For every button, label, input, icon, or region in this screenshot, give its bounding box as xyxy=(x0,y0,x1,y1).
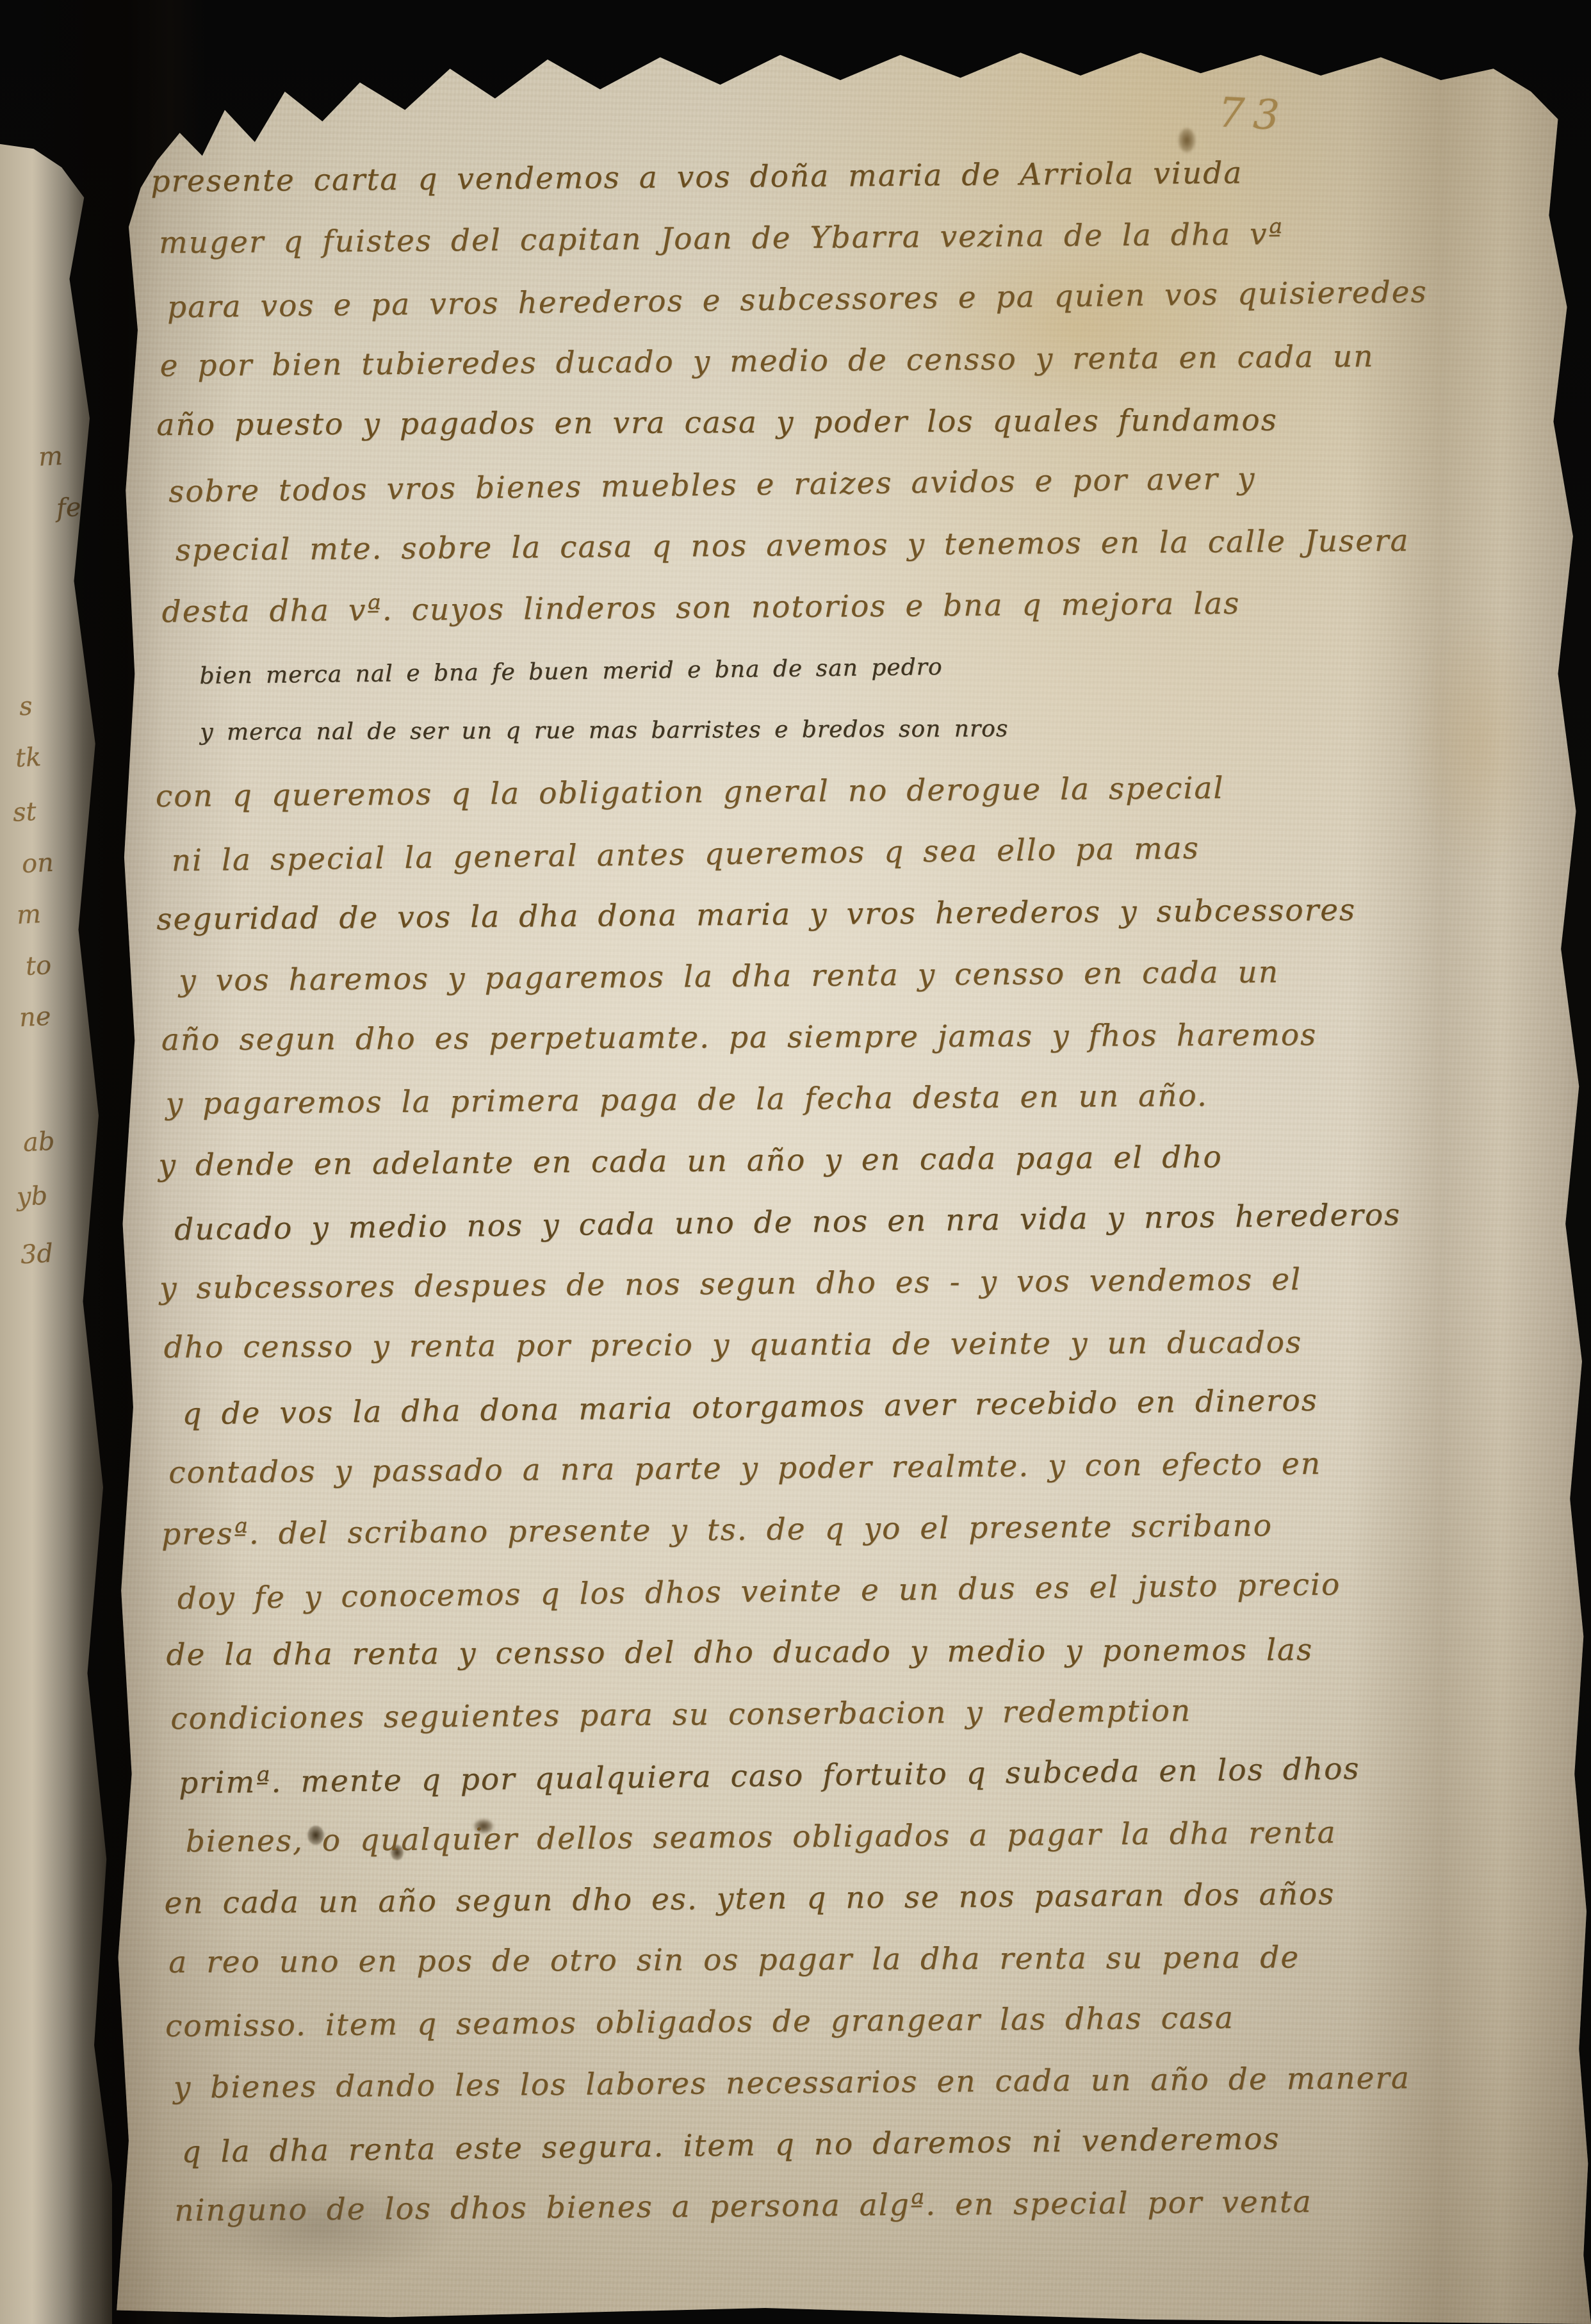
marginalia-fragment: m xyxy=(16,899,42,930)
manuscript-line: presente carta q vendemos a vos doña mar… xyxy=(151,140,1535,213)
marginalia-fragment: ab xyxy=(22,1127,56,1158)
marginalia-fragment: to xyxy=(25,951,53,981)
manuscript-line: dho censso y renta por precio y quantia … xyxy=(163,1311,1543,1379)
manuscript-line: a reo uno en pos de otro sin os pagar la… xyxy=(168,1926,1548,1993)
marginalia-fragment: tk xyxy=(15,742,42,773)
manuscript-text-block: presente carta q vendemos a vos doña mar… xyxy=(151,140,1551,2242)
marginalia-fragment: 3d xyxy=(20,1239,54,1270)
manuscript-line: año puesto y pagados en vra casa y poder… xyxy=(156,389,1536,456)
manuscript-line: comisso. item q seamos obligados de gran… xyxy=(165,1985,1549,2058)
marginalia-fragment: fe xyxy=(56,493,82,523)
facing-page-edge: m fe s tk st on m to ne ab yb 3d xyxy=(0,0,112,2324)
marginalia-fragment: m xyxy=(38,441,63,472)
marginalia-fragment: st xyxy=(12,797,37,828)
marginalia-fragment: s xyxy=(19,691,33,721)
marginalia-fragment: ne xyxy=(19,1002,52,1033)
marginalia-fragment: yb xyxy=(16,1181,49,1212)
manuscript-line-interlinear: y merca nal de ser un q rue mas barriste… xyxy=(200,696,1538,764)
manuscript-photo-scene: m fe s tk st on m to ne ab yb 3d 73 pres… xyxy=(0,0,1591,2324)
manuscript-line: de la dha renta y censso del dho ducado … xyxy=(166,1619,1546,1686)
marginalia-fragment: on xyxy=(21,848,54,880)
folio-number: 73 xyxy=(1217,89,1289,140)
manuscript-line: y pagaremos la primera paga de la fecha … xyxy=(165,1063,1542,1135)
manuscript-page: 73 presente carta q vendemos a vos doña … xyxy=(90,32,1591,2324)
manuscript-line: y vos haremos y pagaremos la dha renta y… xyxy=(179,940,1541,1012)
manuscript-line: en cada un año segun dho es. yten q no s… xyxy=(164,1862,1548,1935)
manuscript-line: año segun dho es perpetuamte. pa siempre… xyxy=(161,1004,1541,1071)
